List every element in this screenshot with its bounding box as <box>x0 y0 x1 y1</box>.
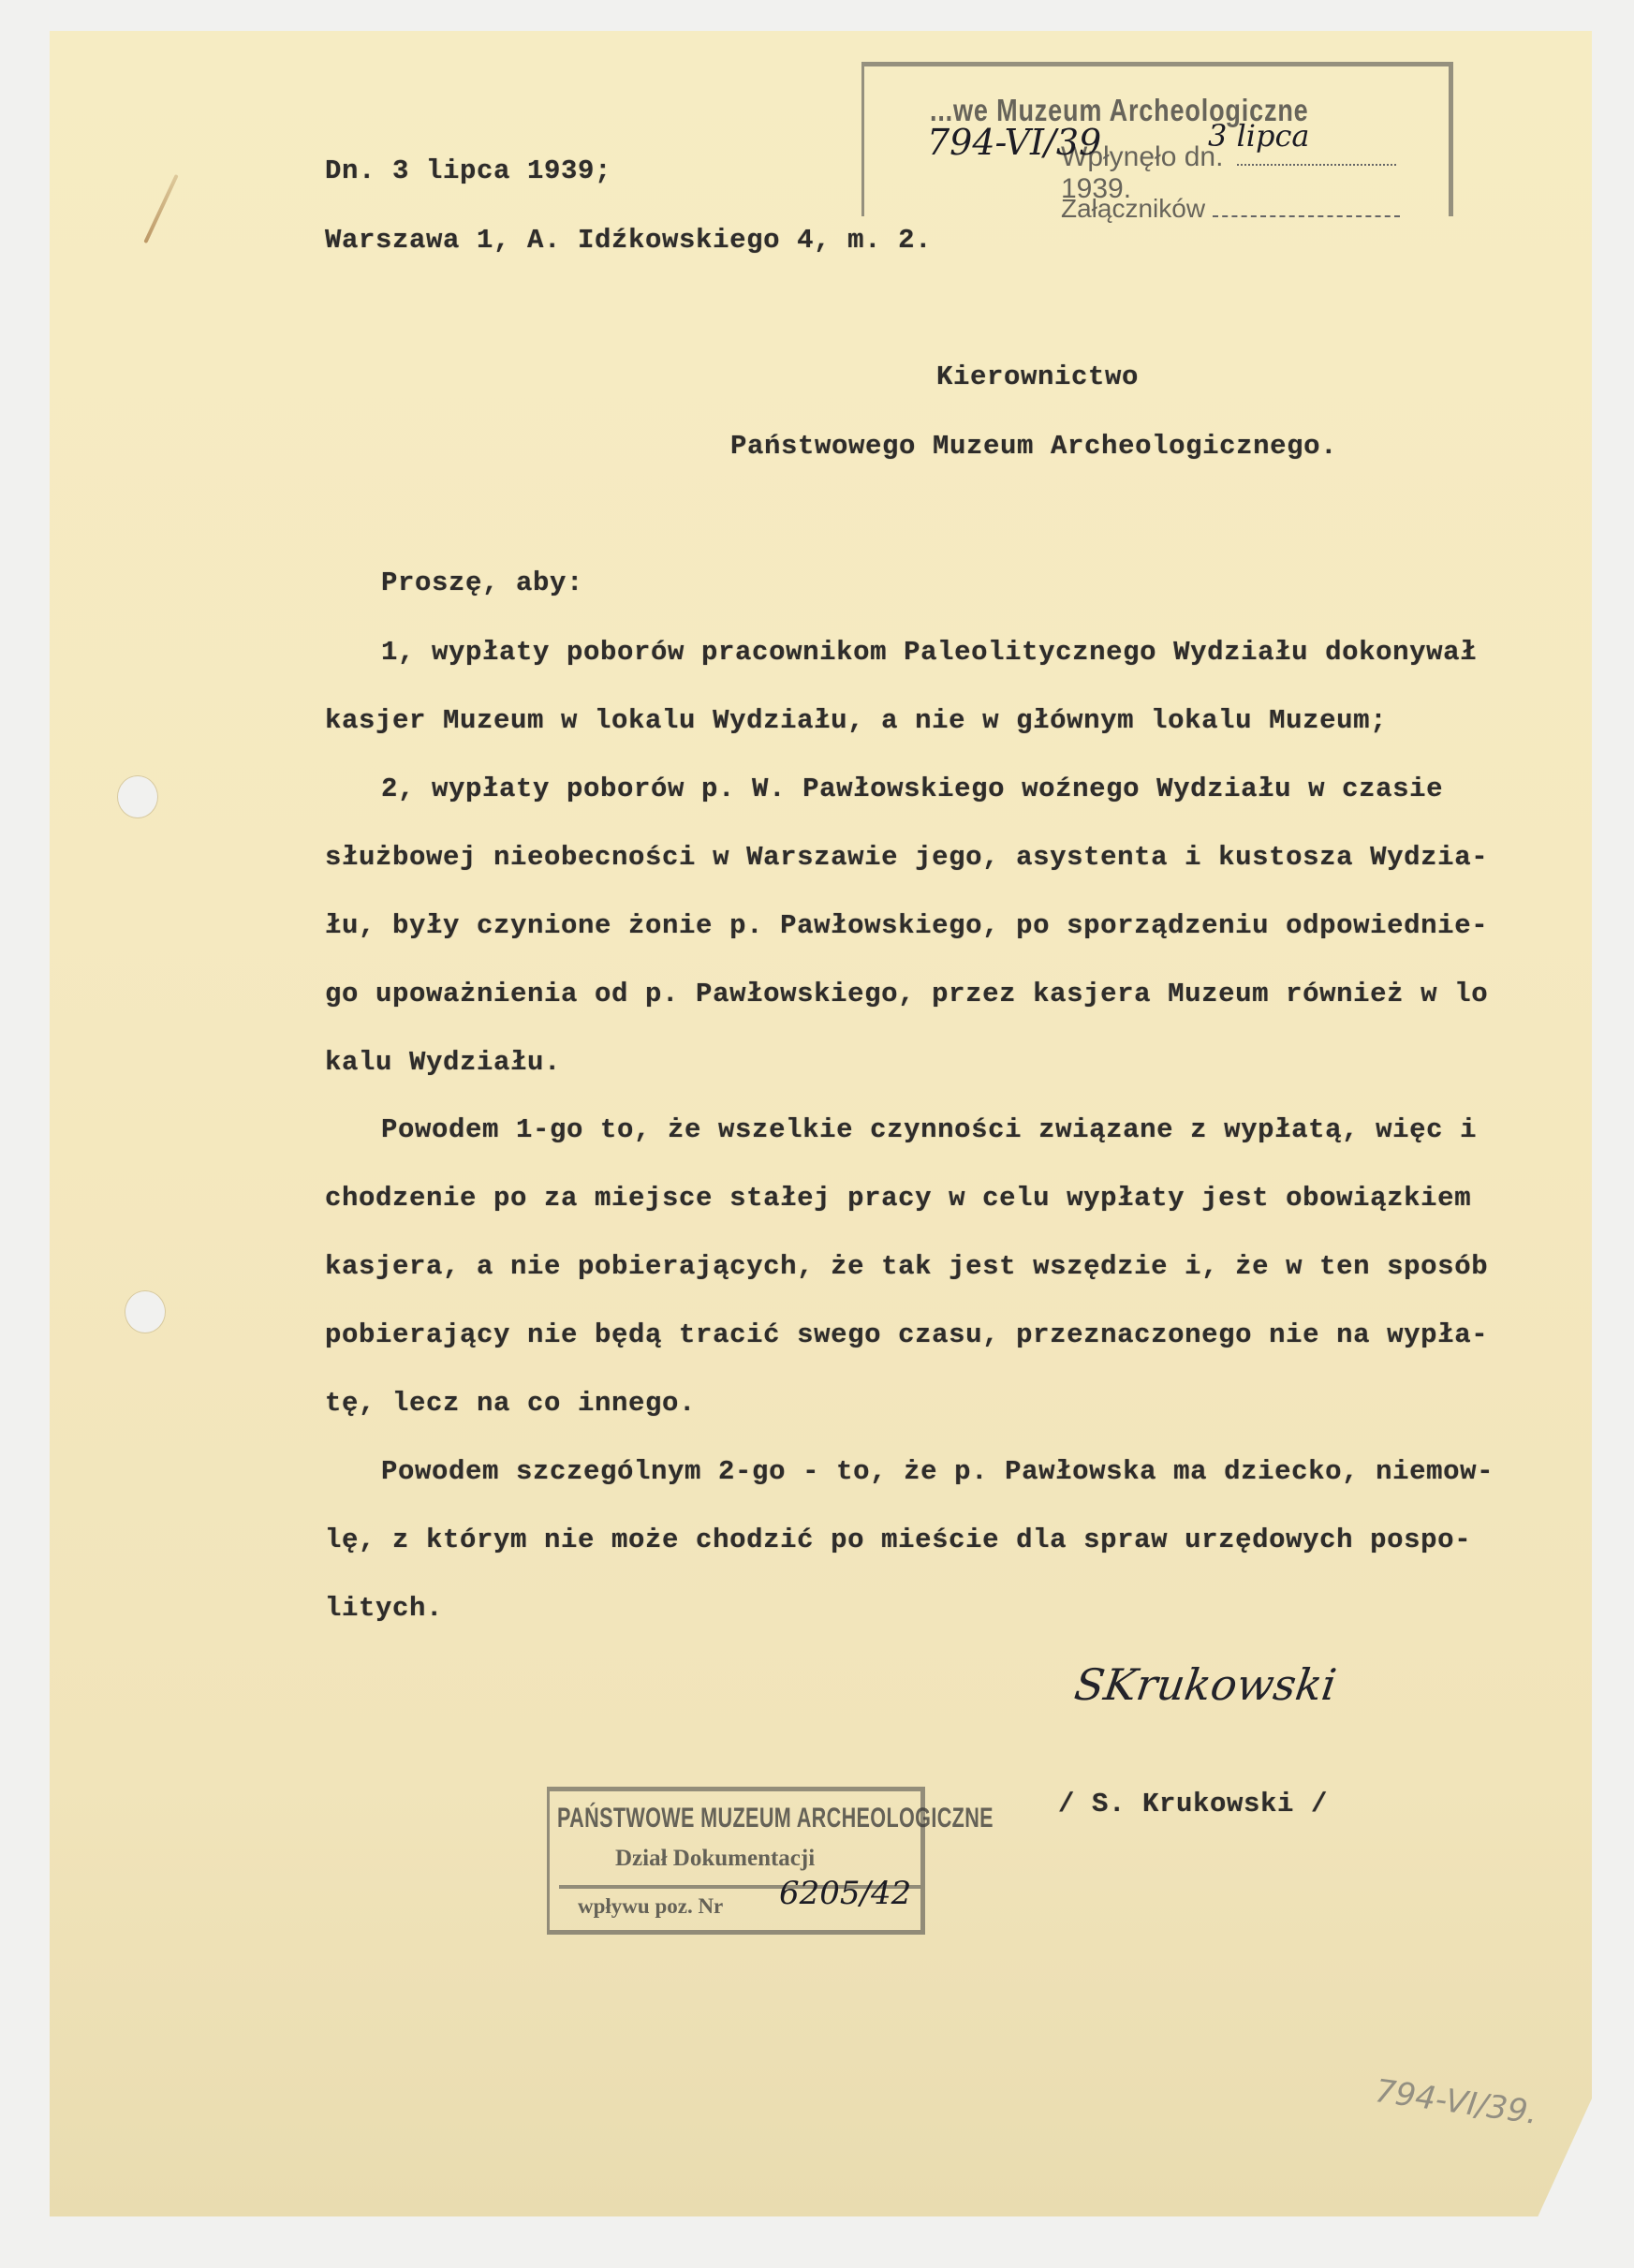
body-line: Powodem 1-go to, że wszelkie czynności z… <box>381 1114 1477 1145</box>
attachments-line: Załączników <box>1061 194 1400 224</box>
body-line: służbowej nieobecności w Warszawie jego,… <box>325 842 1488 873</box>
handwritten-entry-number: 6205/42 <box>779 1875 911 1912</box>
body-line: kalu Wydziału. <box>325 1047 561 1078</box>
documentation-stamp: PAŃSTWOWE MUZEUM ARCHEOLOGICZNE Dział Do… <box>547 1787 925 1935</box>
body-line: 2, wypłaty poborów p. W. Pawłowskiego wo… <box>381 773 1443 804</box>
handwritten-received-day: 3 lipca <box>1208 118 1309 154</box>
body-line: Proszę, aby: <box>381 567 583 598</box>
sender-address: Warszawa 1, A. Idźkowskiego 4, m. 2. <box>325 225 932 256</box>
punch-hole-top <box>117 775 158 818</box>
body-line: chodzenie po za miejsce stałej pracy w c… <box>325 1183 1471 1214</box>
body-line: 1, wypłaty poborów pracownikom Paleolity… <box>381 637 1477 668</box>
recipient-line-1: Kierownictwo <box>936 361 1139 392</box>
typed-signature: / S. Krukowski / <box>1058 1789 1328 1819</box>
body-line: Powodem szczególnym 2-go - to, że p. Paw… <box>381 1456 1494 1487</box>
documentation-department: Dział Dokumentacji <box>615 1846 815 1872</box>
recipient-line-2: Państwowego Muzeum Archeologicznego. <box>730 431 1337 462</box>
handwritten-file-number: 794-VI/39 <box>927 122 1101 163</box>
body-line: pobierający nie będą tracić swego czasu,… <box>325 1319 1488 1350</box>
body-line: kasjera, a nie pobierających, że tak jes… <box>325 1251 1488 1282</box>
handwritten-signature: SKrukowski <box>1071 1659 1339 1710</box>
body-line: go upoważnienia od p. Pawłowskiego, prze… <box>325 979 1488 1009</box>
letter-date: Dn. 3 lipca 1939; <box>325 155 611 186</box>
documentation-stamp-title: PAŃSTWOWE MUZEUM ARCHEOLOGICZNE <box>557 1803 994 1834</box>
body-line: kasjer Muzeum w lokalu Wydziału, a nie w… <box>325 705 1387 736</box>
attachments-label: Załączników <box>1061 194 1205 223</box>
punch-hole-bottom <box>125 1290 166 1333</box>
body-line: lę, z którym nie może chodzić po mieście… <box>325 1524 1471 1555</box>
body-line: tę, lecz na co innego. <box>325 1388 696 1419</box>
body-line: litych. <box>325 1593 443 1624</box>
entry-line: wpływu poz. Nr <box>578 1894 723 1919</box>
entry-label: wpływu poz. Nr <box>578 1894 723 1918</box>
body-line: łu, były czynione żonie p. Pawłowskiego,… <box>325 910 1488 941</box>
rust-stain <box>143 174 178 243</box>
